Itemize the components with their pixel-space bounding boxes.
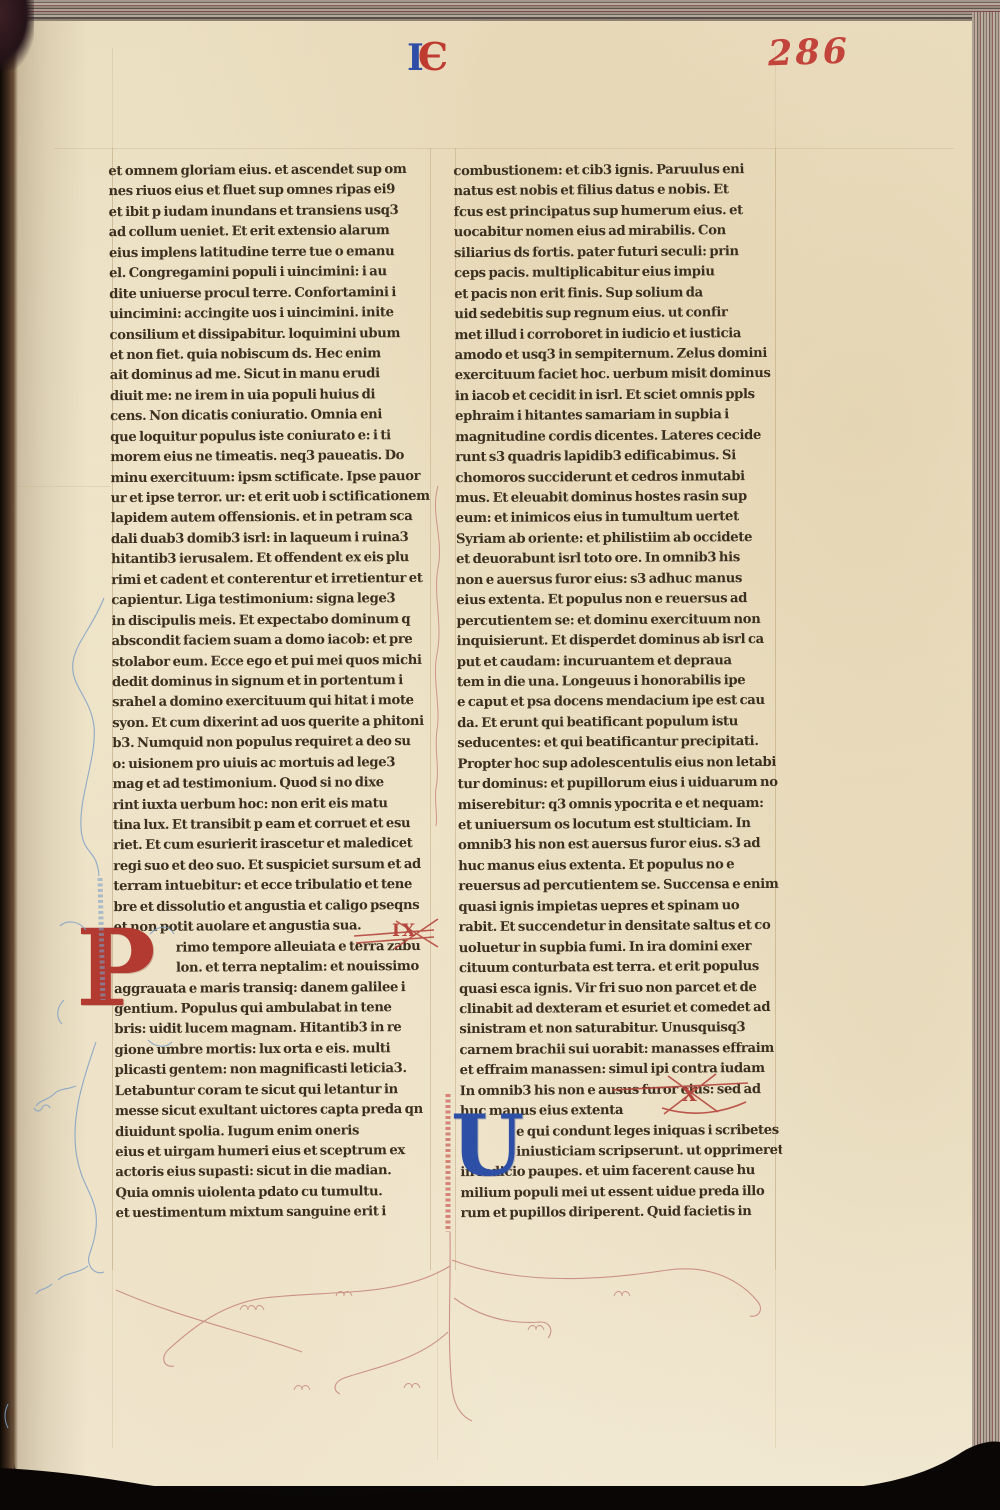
text-column-right: combustionem: et cib3 ignis. Paruulus en… [453,160,782,1225]
text-line: bre et dissolutio et angustia et caligo … [113,896,435,919]
text-line: ephraim i hitantes samariam in supbia i [455,405,777,428]
text-line: consilium et dissipabitur. loquimini ubu… [109,323,431,346]
isaiah-9-continued-text: combustionem: et cib3 ignis. Paruulus en… [453,160,782,1123]
ruling-line [54,148,954,149]
text-line: exercituum faciet hoc. uerbum misit domi… [455,364,777,387]
text-line: et uniuersum os locutum est stulticiam. … [458,814,780,837]
text-line: Propter hoc sup adolescentulis eius non … [457,753,779,776]
binding-gutter-edge [0,0,18,1510]
text-line: regi suo et deo suo. Et suspiciet sursum… [113,855,435,878]
text-line: uocabitur nomen eius ad mirabilis. Con [454,221,776,244]
text-line: non e auersus furor eius: s3 adhuc manus [456,569,778,592]
text-line: Letabuntur coram te sicut qui letantur i… [115,1080,437,1103]
text-line: nes riuos eius et fluet sup omnes ripas … [108,180,430,203]
text-line: omnib3 his non est auersus furor eius. s… [458,834,780,857]
text-line: eius et uirgam humeri eius et sceptrum e… [115,1141,437,1164]
text-line: uid sedebitis sup regnum eius. ut confir [454,303,776,326]
running-title: IЄ [407,38,448,76]
text-line: aggrauata e maris transiq: danem galilee… [114,977,436,1000]
text-line: messe sicut exultant uictores capta pred… [115,1100,437,1123]
text-line: et uestimentum mixtum sanguine erit i [116,1202,438,1225]
text-line: uoluetur in supbia fumi. In ira domini e… [459,936,781,959]
text-line: hitantib3 ierusalem. Et offendent ex eis… [111,548,433,571]
text-line: et deuorabunt isrl toto ore. In omnib3 h… [456,548,778,571]
text-line: et pacis non erit finis. Sup solium da [454,283,776,306]
stacked-page-edges-fore-edge [972,12,1000,1450]
text-line: actoris eius supasti: sicut in die madia… [115,1161,437,1184]
text-line: uincimini: accingite uos i uincimini. in… [109,303,431,326]
text-line: seducentes: et qui beatificantur precipi… [457,732,779,755]
text-line: huc manus eius extenta. Et populus no e [458,855,780,878]
text-line: quasi ignis impietas uepres et spinam uo [458,896,780,919]
text-line: ait dominus ad me. Sicut in manu erudi [110,364,432,387]
text-line: percutientem se: et dominu exercituum no… [456,610,778,633]
text-line: plicasti gentem: non magnificasti letici… [115,1059,437,1082]
text-line: natus est nobis et filius datus e nobis.… [453,180,775,203]
chapter-number-x: X [682,1084,697,1106]
text-line: magnitudine cordis dicentes. Lateres cec… [455,426,777,449]
text-line: el. Congregamini populi i uincimini: i a… [109,262,431,285]
text-line: chomoros succiderunt et cedros inmutabi [455,466,777,489]
text-line: et effraim manassen: simul ipi contra iu… [460,1059,782,1082]
text-line: eius extenta. Et populus non e reuersus … [456,589,778,612]
text-line: ceps pacis. multiplicabitur eius impiu [454,262,776,285]
manuscript-page: IЄ 286 et omnem gloriam eius. et ascende… [14,18,974,1486]
text-line: met illud i corroboret in iudicio et ius… [454,323,776,346]
text-line: rint iuxta uerbum hoc: non erit eis matu [113,793,435,816]
text-line: tem in die una. Longeuus i honorabilis i… [457,671,779,694]
decorated-initial-p: P [76,922,156,1013]
text-line: dali duab3 domib3 isrl: in laqueum i rui… [111,528,433,551]
text-line: b3. Numquid non populus requiret a deo s… [112,732,434,755]
crease-line [16,486,110,487]
text-line: gione umbre mortis: lux orta e eis. mult… [114,1039,436,1062]
text-line: tina lux. Et transibit p eam et corruet … [113,814,435,837]
text-line: et ibit p iudam inundans et transiens us… [109,201,431,224]
text-line: ad collum ueniet. Et erit extensio alaru… [109,221,431,244]
text-line: eius implens latitudine terre tue o eman… [109,242,431,265]
text-line: que loquitur populus iste coniurato e: i… [110,426,432,449]
text-line: rimi et cadent et conterentur et irretie… [111,569,433,592]
text-line: abscondit faciem suam a domo iacob: et p… [112,630,434,653]
text-line: morem eius ne timeatis. neq3 paueatis. D… [110,446,432,469]
text-line: combustionem: et cib3 ignis. Paruulus en… [453,160,775,183]
text-line: et non fiet. quia nobiscum ds. Hec enim [110,344,432,367]
text-line: riet. Et cum esurierit irascetur et male… [113,834,435,857]
text-line: runt s3 quadris lapidib3 edificabimus. S… [455,446,777,469]
text-line: terram intuebitur: et ecce tribulatio et… [113,875,435,898]
text-line: diuit me: ne irem in uia populi huius di [110,385,432,408]
text-line: Quia omnis uiolenta pdato cu tumultu. [115,1182,437,1205]
text-column-left: et omnem gloriam eius. et ascendet sup o… [108,160,437,1225]
text-line: dedit dominus in signum et in portentum … [112,671,434,694]
text-line: rimo tempore alleuiata e terra zabu [114,936,436,959]
text-line: in discipulis meis. Et expectabo dominum… [111,610,433,633]
text-line: o: uisionem pro uiuis ac mortuis ad lege… [112,753,434,776]
ruling-line [437,1270,438,1460]
isaiah-8-text: et omnem gloriam eius. et ascendet sup o… [108,160,435,939]
isaiah-9-text: rimo tempore alleuiata e terra zabulon. … [114,936,438,1224]
decorated-initial-u: U [451,1110,524,1182]
text-line: in iacob et cecidit in isrl. Et sciet om… [455,385,777,408]
stacked-page-edges-top [10,0,1000,21]
text-line: et non potit auolare et angustia sua. [114,916,436,939]
text-line: ur et ipse terror. ur: et erit uob i sct… [111,487,433,510]
text-line: stolabor eum. Ecce ego et pui mei quos m… [112,650,434,673]
text-line: mag et ad testimonium. Quod si no dixe [113,773,435,796]
text-line: mus. Et eleuabit dominus hostes rasin su… [456,487,778,510]
text-line: miserebitur: q3 omnis ypocrita e et nequ… [458,793,780,816]
text-line: clinabit ad dexteram et esuriet et comed… [459,998,781,1021]
folio-number: 286 [767,31,850,75]
text-line: Syriam ab oriente: et philistiim ab occi… [456,528,778,551]
text-line: fcus est principatus sup humerum eius. e… [454,201,776,224]
text-line: bris: uidit lucem magnam. Hitantib3 in r… [114,1018,436,1041]
text-line: cens. Non dicatis coniuratio. Omnia eni [110,405,432,428]
binding-corner-shadow [0,0,34,70]
text-line: reuersus ad percutientem se. Succensa e … [458,875,780,898]
text-line: dite uniuerse procul terre. Confortamini… [109,283,431,306]
text-line: e caput et psa docens mendacium ipe est … [457,691,779,714]
text-line: quasi esca ignis. Vir fri suo non parcet… [459,977,781,1000]
chapter-number-ix: IX [392,921,417,941]
text-line: gentium. Populus qui ambulabat in tene [114,998,436,1021]
text-line: srahel a domino exercituum qui hitat i m… [112,691,434,714]
text-line: et omnem gloriam eius. et ascendet sup o… [108,160,430,183]
text-line: rum et pupillos diriperent. Quid facieti… [461,1202,783,1225]
text-line: rabit. Et succendetur in densitate saltu… [459,916,781,939]
text-line: sinistram et non saturabitur. Unusquisq3 [459,1018,781,1041]
text-line: tur dominus: et pupillorum eius i uiduar… [458,773,780,796]
text-line: syon. Et cum dixerint ad uos querite a p… [112,712,434,735]
text-line: cituum conturbata est terra. et erit pop… [459,957,781,980]
text-line: minu exercituum: ipsm sctificate. Ipse p… [110,466,432,489]
text-line: da. Et erunt qui beatificant populum ist… [457,712,779,735]
text-line: diuidunt spolia. Iugum enim oneris [115,1120,437,1143]
text-line: lon. et terra neptalim: et nouissimo [114,957,436,980]
text-line: capientur. Liga testimonium: signa lege3 [111,589,433,612]
text-line: eum: et inimicos eius in tumultum uertet [456,507,778,530]
text-line: lapidem autem offensionis. et in petram … [111,507,433,530]
text-line: siliarius ds fortis. pater futuri seculi… [454,242,776,265]
text-line: put et caudam: incuruantem et depraua [457,650,779,673]
text-line: amodo et usq3 in sempiternum. Zelus domi… [455,344,777,367]
running-title-letter-red: Є [418,34,448,79]
text-line: carnem brachii sui uorabit: manasses eff… [459,1039,781,1062]
text-line: inquisierunt. Et disperdet dominus ab is… [457,630,779,653]
